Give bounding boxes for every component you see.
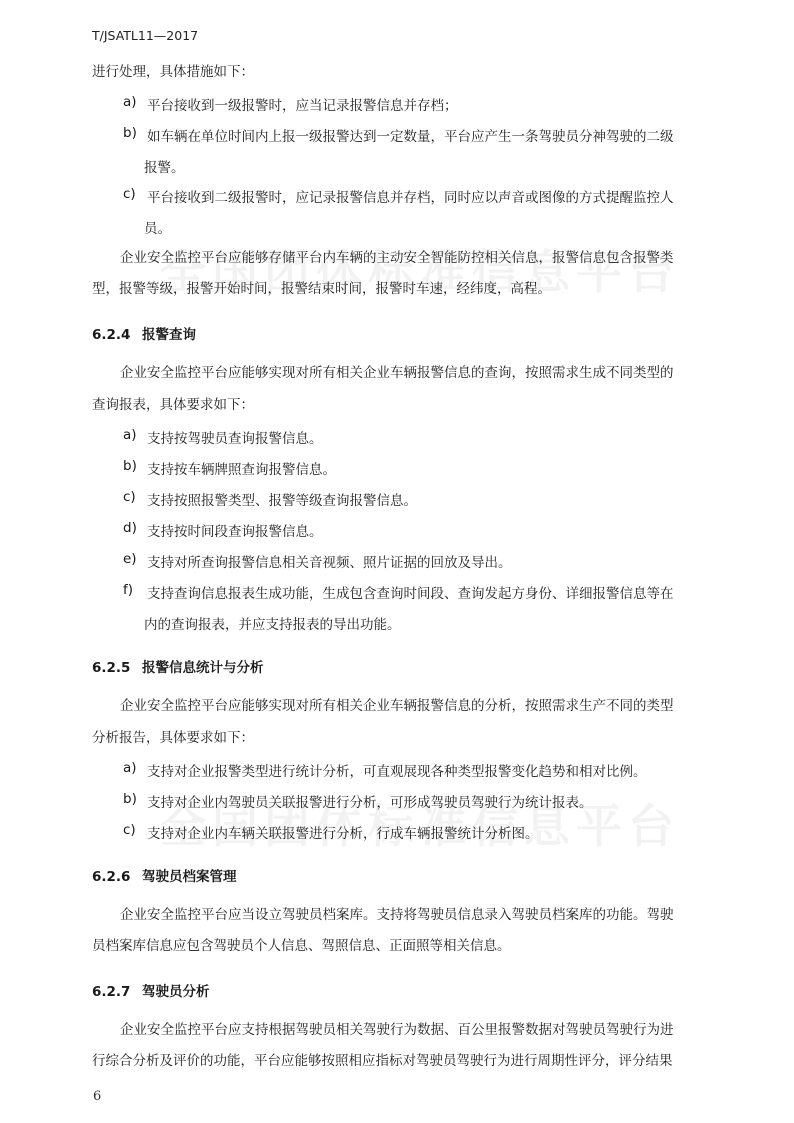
list-item: 支持对企业报警类型进行统计分析，可直观展现各种类型报警变化趋势和相对比例。 bbox=[147, 760, 647, 780]
document-code: T/JSATL11—2017 bbox=[92, 28, 198, 43]
section-heading-6-2-5: 6.2.5报警信息统计与分析 bbox=[92, 656, 264, 676]
list-label: b) bbox=[123, 458, 137, 474]
list-label: d) bbox=[123, 520, 137, 536]
list-item: 平台接收到一级报警时，应当记录报警信息并存档； bbox=[147, 94, 458, 114]
section-title: 报警查询 bbox=[142, 327, 196, 343]
paragraph-line: 员档案库信息应包含驾驶员个人信息、驾照信息、正面照等相关信息。 bbox=[92, 937, 511, 955]
paragraph-line: 行综合分析及评价的功能，平台应能够按照相应指标对驾驶员驾驶行为进行周期性评分，评… bbox=[92, 1052, 673, 1070]
list-label: b) bbox=[123, 791, 137, 807]
section-heading-6-2-4: 6.2.4报警查询 bbox=[92, 323, 196, 343]
list-item: 支持按驾驶员查询报警信息。 bbox=[147, 427, 323, 447]
section-heading-6-2-7: 6.2.7驾驶员分析 bbox=[92, 980, 210, 1000]
list-label: b) bbox=[123, 125, 137, 141]
list-item: 平台接收到二级报警时，应记录报警信息并存档，同时应以声音或图像的方式提醒监控人 bbox=[147, 186, 674, 206]
paragraph-line: 企业安全监控平台应能够实现对所有相关企业车辆报警信息的分析，按照需求生产不同的类… bbox=[120, 697, 674, 715]
paragraph-line: 企业安全监控平台应当设立驾驶员档案库。支持将驾驶员信息录入驾驶员档案库的功能。驾… bbox=[120, 906, 674, 924]
list-item-continued: 员。 bbox=[144, 217, 171, 237]
list-item: 支持按时间段查询报警信息。 bbox=[147, 520, 323, 540]
section-number: 6.2.5 bbox=[92, 660, 142, 676]
list-item: 支持按车辆牌照查询报警信息。 bbox=[147, 458, 336, 478]
list-item-continued: 内的查询报表，并应支持报表的导出功能。 bbox=[144, 613, 401, 633]
paragraph-line: 企业安全监控平台应能够存储平台内车辆的主动安全智能防控相关信息，报警信息包含报警… bbox=[120, 249, 674, 267]
list-item: 支持按照报警类型、报警等级查询报警信息。 bbox=[147, 489, 417, 509]
list-item: 支持查询信息报表生成功能，生成包含查询时间段、查询发起方身份、详细报警信息等在 bbox=[147, 582, 674, 602]
section-number: 6.2.7 bbox=[92, 984, 142, 1000]
paragraph-line: 型，报警等级，报警开始时间，报警结束时间，报警时车速，经纬度，高程。 bbox=[92, 280, 551, 298]
list-label: a) bbox=[123, 760, 137, 776]
section-number: 6.2.4 bbox=[92, 327, 142, 343]
list-label: c) bbox=[123, 186, 136, 202]
list-label: a) bbox=[123, 94, 137, 110]
list-item: 如车辆在单位时间内上报一级报警达到一定数量，平台应产生一条驾驶员分神驾驶的二级 bbox=[147, 125, 674, 145]
intro-line: 进行处理，具体措施如下： bbox=[92, 63, 254, 81]
paragraph-line: 企业安全监控平台应支持根据驾驶员相关驾驶行为数据、百公里报警数据对驾驶员驾驶行为… bbox=[120, 1021, 674, 1039]
list-label: e) bbox=[123, 551, 137, 567]
paragraph-line: 查询报表，具体要求如下： bbox=[92, 396, 254, 414]
list-label: c) bbox=[123, 489, 136, 505]
section-number: 6.2.6 bbox=[92, 869, 142, 885]
list-item: 支持对所查询报警信息相关音视频、照片证据的回放及导出。 bbox=[147, 551, 512, 571]
section-title: 驾驶员分析 bbox=[142, 984, 210, 1000]
list-label: f) bbox=[123, 582, 133, 598]
section-title: 驾驶员档案管理 bbox=[142, 869, 237, 885]
list-item-continued: 报警。 bbox=[144, 156, 185, 176]
section-title: 报警信息统计与分析 bbox=[142, 660, 264, 676]
list-item: 支持对企业内驾驶员关联报警进行分析，可形成驾驶员驾驶行为统计报表。 bbox=[147, 791, 593, 811]
paragraph-line: 企业安全监控平台应能够实现对所有相关企业车辆报警信息的查询，按照需求生成不同类型… bbox=[120, 364, 674, 382]
section-heading-6-2-6: 6.2.6驾驶员档案管理 bbox=[92, 865, 237, 885]
paragraph-line: 分析报告，具体要求如下： bbox=[92, 729, 254, 747]
list-item: 支持对企业内车辆关联报警进行分析，行成车辆报警统计分析图。 bbox=[147, 822, 539, 842]
page-number: 6 bbox=[93, 1089, 101, 1104]
list-label: c) bbox=[123, 822, 136, 838]
list-label: a) bbox=[123, 427, 137, 443]
